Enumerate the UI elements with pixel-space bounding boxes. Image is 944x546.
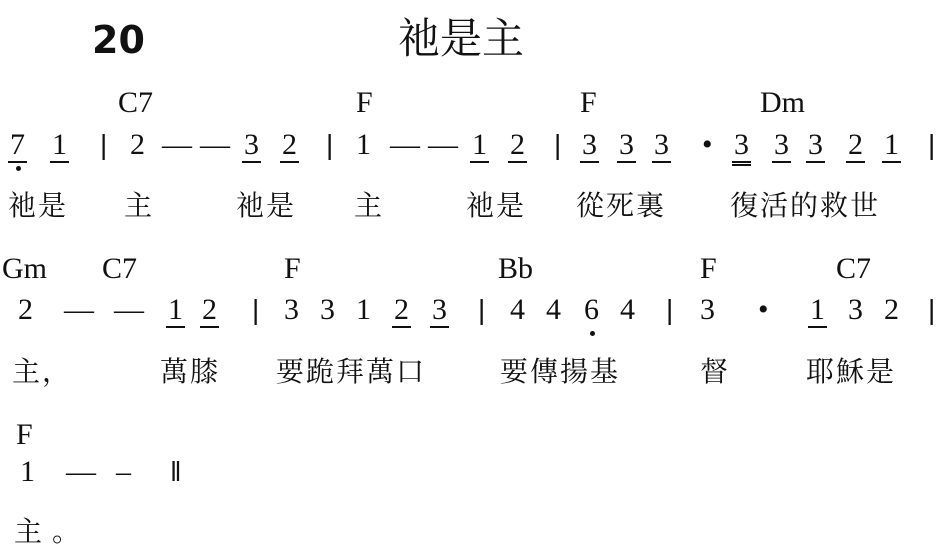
hold-dash: —	[162, 130, 192, 160]
note: 3	[580, 130, 599, 160]
note: 2	[130, 130, 145, 160]
lyric-text: 祂是	[236, 184, 296, 224]
bar-line: |	[928, 295, 935, 325]
note: 3	[320, 295, 335, 325]
lyric-text: 要傳揚基	[500, 350, 620, 390]
chord-symbol: F	[580, 86, 597, 120]
chord-symbol: Gm	[2, 252, 47, 286]
note: 1	[470, 130, 489, 160]
lyric-text: 督	[700, 350, 730, 390]
bar-line: |	[478, 295, 485, 325]
hold-dash: —	[66, 457, 96, 487]
note: 3	[700, 295, 715, 325]
chord-symbol: Dm	[760, 86, 805, 120]
note: 1	[356, 295, 371, 325]
lyric-text: 萬膝	[160, 350, 220, 390]
chord-symbol: F	[284, 252, 301, 286]
chord-symbol: C7	[836, 252, 871, 286]
hold-dash: —	[114, 295, 144, 325]
hold-dash: —	[428, 130, 458, 160]
note: 6	[584, 295, 599, 325]
lyric-text: 主	[354, 184, 384, 224]
note: 3	[732, 130, 751, 160]
lyric-text: 祂是	[8, 184, 68, 224]
note: 2	[508, 130, 527, 160]
chord-symbol: C7	[118, 86, 153, 120]
chord-symbol: F	[16, 418, 33, 452]
note: 4	[546, 295, 561, 325]
hold-dash: —	[64, 295, 94, 325]
hold-dash: –	[116, 457, 131, 487]
bar-line: |	[100, 130, 107, 160]
bar-line: |	[666, 295, 673, 325]
note: 2	[846, 130, 865, 160]
hold-dash: —	[200, 130, 230, 160]
note: 3	[242, 130, 261, 160]
note: 1	[882, 130, 901, 160]
note: 3	[617, 130, 636, 160]
lyric-text: 主	[14, 510, 44, 546]
note: 3	[284, 295, 299, 325]
note: 1	[50, 130, 69, 160]
chord-symbol: F	[356, 86, 373, 120]
chord-symbol: C7	[102, 252, 137, 286]
note: 3	[772, 130, 791, 160]
note: 2	[18, 295, 33, 325]
note: 1	[20, 457, 35, 487]
lyric-text: 。	[52, 510, 82, 546]
lyric-text: 復活的救世	[730, 184, 880, 224]
chord-symbol: Bb	[498, 252, 533, 286]
note: 4	[510, 295, 525, 325]
note: 3	[652, 130, 671, 160]
bar-line: |	[554, 130, 561, 160]
chord-symbol: F	[700, 252, 717, 286]
note: 3	[806, 130, 825, 160]
note: 7	[8, 130, 27, 160]
lyric-text: 主，	[12, 350, 72, 390]
note: 3	[848, 295, 863, 325]
lyric-text: 耶穌是	[806, 350, 896, 390]
note: 2	[392, 295, 411, 325]
hold-dash: —	[390, 130, 420, 160]
note: •	[758, 295, 769, 325]
note: 2	[884, 295, 899, 325]
note: 2	[200, 295, 219, 325]
note: 2	[280, 130, 299, 160]
bar-line: |	[252, 295, 259, 325]
song-title: 祂是主	[398, 6, 524, 66]
note: •	[702, 130, 713, 160]
note: 3	[430, 295, 449, 325]
note: 1	[356, 130, 371, 160]
note: 1	[808, 295, 827, 325]
lyric-text: 要跪拜萬口	[276, 350, 426, 390]
bar-line: ‖	[170, 457, 182, 487]
bar-line: |	[928, 130, 935, 160]
note: 1	[166, 295, 185, 325]
song-number: 20	[92, 18, 145, 62]
bar-line: |	[326, 130, 333, 160]
lyric-text: 主	[124, 184, 154, 224]
lyric-text: 從死裏	[576, 184, 666, 224]
note: 4	[620, 295, 635, 325]
lyric-text: 祂是	[466, 184, 526, 224]
